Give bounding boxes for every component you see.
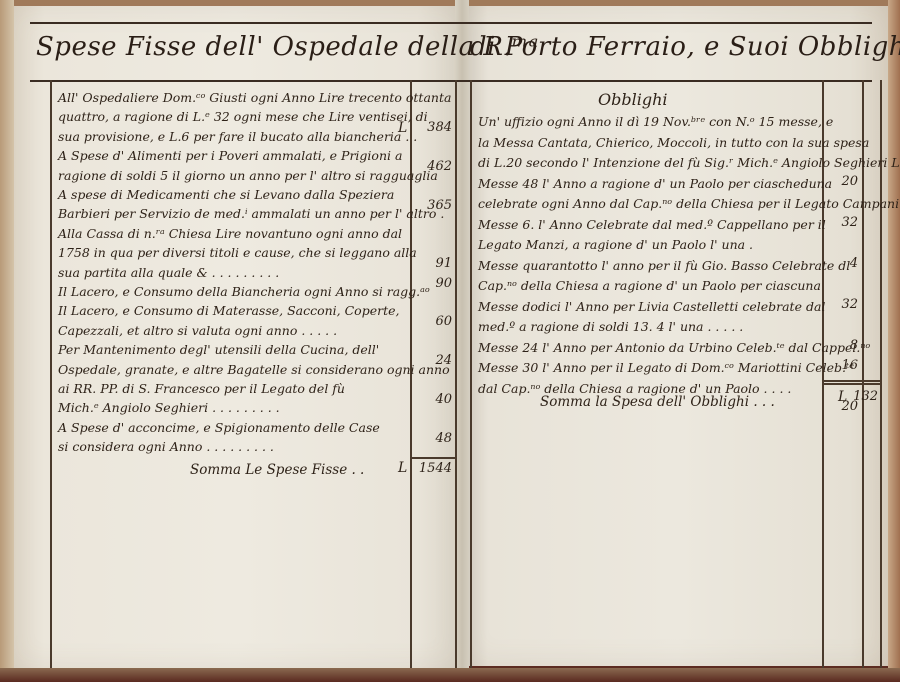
header-band: Spese Fisse dell' Ospedale della R.ᵐᵃ di…	[30, 22, 872, 82]
ledger-amount: 40	[412, 392, 452, 407]
ledger-entry-line: sua provisione, e L.6 per fare il bucato…	[58, 131, 417, 144]
header-title-right: di Porto Ferraio, e Suoi Obblighi, Annui	[470, 32, 900, 62]
ledger-entry-line: Messe quarantotto l' anno per il fù Gio.…	[478, 260, 850, 273]
ledger-entry-line: la Messa Cantata, Chierico, Moccoli, in …	[478, 137, 869, 150]
ledger-entry-line: Messe 6. l' Anno Celebrate dal med.º Cap…	[478, 219, 826, 232]
ledger-amount: 32	[824, 215, 858, 230]
ledger-entry-line: quattro, a ragione di L.ᵉ 32 ogni mese c…	[58, 111, 428, 124]
right-total-rule-2	[822, 383, 880, 385]
book-left-edge	[0, 0, 14, 682]
ledger-amount: 462	[412, 159, 452, 174]
ledger-entry-line: Capezzali, et altro si valuta ogni anno …	[58, 325, 337, 338]
ledger-entry-line: si considera ogni Anno . . . . . . . . .	[58, 441, 274, 454]
left-total-rule	[410, 457, 456, 459]
right-margin-rule	[470, 80, 472, 670]
ledger-amount: 8	[824, 338, 858, 353]
ledger-entry-line: Barbieri per Servizio de med.ⁱ ammalati …	[58, 208, 444, 221]
right-total-rule	[822, 380, 880, 382]
ledger-entry-line: A Spese d' Alimenti per i Poveri ammalat…	[58, 150, 402, 163]
ledger-entry-line: celebrate ogni Anno dal Cap.ⁿᵒ della Chi…	[478, 198, 899, 211]
ledger-amount: 90	[412, 276, 452, 291]
right-total-amount: 132	[840, 389, 878, 404]
ledger-entry-line: sua partita alla quale & . . . . . . . .…	[58, 267, 279, 280]
ledger-entry-line: Messe dodici l' Anno per Livia Castellet…	[478, 301, 825, 314]
ledger-entry-line: Messe 30 l' Anno per il Legato di Dom.ᶜᵒ…	[478, 362, 854, 375]
left-page	[8, 6, 463, 670]
lira-sign-icon: L	[398, 120, 407, 136]
ledger-entry-line: ragione di soldi 5 il giorno un anno per…	[58, 170, 438, 183]
book-right-edge	[888, 0, 900, 682]
ledger-amount: 48	[412, 431, 452, 446]
ledger-entry-line: Un' uffizio ogni Anno il dì 19 Nov.ᵇʳᵉ c…	[478, 116, 833, 129]
book-bottom-edge	[0, 668, 900, 682]
left-total-label: Somma Le Spese Fisse . .	[190, 464, 364, 478]
ledger-entry-line: Legato Manzi, a ragione d' un Paolo l' u…	[478, 239, 753, 252]
ledger-entry-line: Messe 24 l' Anno per Antonio da Urbino C…	[478, 342, 870, 355]
left-margin-rule	[50, 80, 52, 670]
ledger-entry-line: All' Ospedaliere Dom.ᶜᵒ Giusti ogni Anno…	[58, 92, 451, 105]
book-gutter	[455, 0, 469, 675]
ledger-entry-line: Per Mantenimento degl' utensili della Cu…	[58, 344, 379, 357]
ledger-entry-line: Mich.ᵉ Angiolo Seghieri . . . . . . . . …	[58, 402, 280, 415]
ledger-amount: 32	[824, 297, 858, 312]
ledger-entry-line: Messe 48 l' Anno a ragione d' un Paolo p…	[478, 178, 832, 191]
ledger-entry-line: Il Lacero, e Consumo di Materasse, Sacco…	[58, 305, 399, 318]
ledger-entry-line: Cap.ⁿᵒ della Chiesa a ragione d' un Paol…	[478, 280, 821, 293]
ledger-amount: 24	[412, 353, 452, 368]
obblighi-heading: Obblighi	[598, 90, 668, 109]
left-total-amount: 1544	[412, 461, 452, 476]
ledger-amount: 91	[412, 256, 452, 271]
right-total-label: Somma la Spesa dell' Obblighi . . .	[540, 396, 775, 410]
ledger-entry-line: Ospedale, granate, e altre Bagatelle si …	[58, 364, 450, 377]
ledger-entry-line: 1758 in qua per diversi titoli e cause, …	[58, 247, 417, 260]
open-ledger-book: Spese Fisse dell' Ospedale della R.ᵐᵃ di…	[0, 0, 900, 675]
ledger-entry-line: med.º a ragione di soldi 13. 4 l' una . …	[478, 321, 743, 334]
ledger-amount: 384	[412, 120, 452, 135]
right-page	[462, 6, 892, 666]
ledger-amount: 20	[824, 174, 858, 189]
header-title-left: Spese Fisse dell' Ospedale della R.ᵐᵃ	[36, 32, 539, 62]
ledger-entry-line: A spese di Medicamenti che si Levano dal…	[58, 189, 394, 202]
ledger-amount: 16	[824, 358, 858, 373]
ledger-entry-line: di L.20 secondo l' Intenzione del fù Sig…	[478, 157, 900, 170]
ledger-amount: 365	[412, 198, 452, 213]
ledger-entry-line: ai RR. PP. di S. Francesco per il Legato…	[58, 383, 345, 396]
ledger-entry-line: Il Lacero, e Consumo della Biancheria og…	[58, 286, 430, 299]
ledger-amount: 60	[412, 314, 452, 329]
left-amount-column-rule-right	[455, 80, 457, 670]
lira-sign-icon: L	[398, 460, 407, 476]
ledger-amount: 4	[824, 256, 858, 271]
ledger-entry-line: A Spese d' acconcime, e Spigionamento de…	[58, 422, 380, 435]
ledger-entry-line: Alla Cassa di n.ʳᵃ Chiesa Lire novantuno…	[58, 228, 402, 241]
